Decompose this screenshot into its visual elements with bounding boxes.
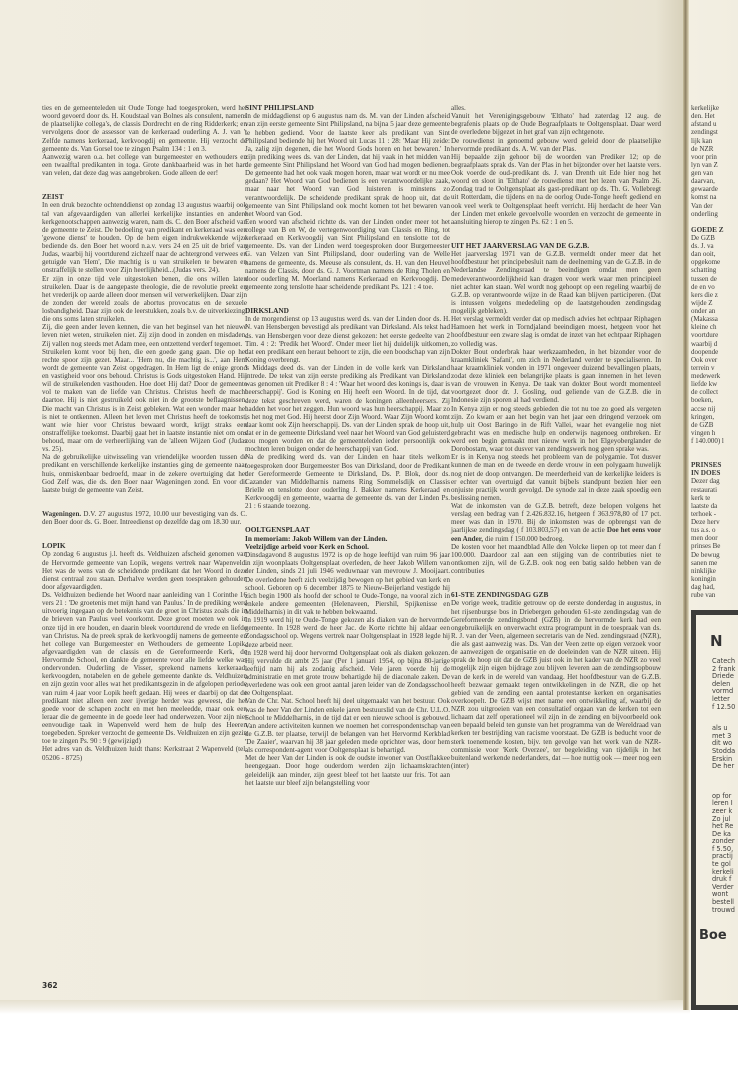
lopik-body: Op zondag 6 augustus j.l. heeft ds. Veld… — [42, 550, 247, 761]
text-line: ds. J. va — [691, 242, 738, 250]
text-line: tussen de — [691, 275, 738, 283]
text-line: kringen, — [691, 413, 738, 421]
section-heading-prinses-1: PRINSES — [691, 461, 738, 469]
text-line: (Makassa — [691, 315, 738, 323]
section-heading-dirksland: DIRKSLAND — [245, 307, 450, 315]
ad-lines-a: Catech2 frankDriededelenvormdletterf 12.… — [712, 658, 735, 711]
text-line: koningin — [691, 575, 738, 583]
text-line: zendingst — [691, 128, 738, 136]
text-line: tus a.s. o — [691, 526, 738, 534]
text-line: kerk te — [691, 494, 738, 502]
text-line: Ook over — [691, 356, 738, 364]
column-3: alles. Vanuit het Verenigingsgebouw 'Elt… — [451, 104, 661, 770]
text-line: rube van — [691, 591, 738, 599]
ad-lines-c: op forleren Izeer kZo julhet ReDe kazond… — [712, 793, 735, 915]
text-line: ninklijke — [691, 567, 738, 575]
text-line: voortdure — [691, 331, 738, 339]
wageningen-notice: Wageningen. D.V. 27 augustus 1972, 10.00… — [42, 510, 247, 526]
dirksland-body: In de morgendienst op 13 augustus werd d… — [245, 315, 450, 510]
text-line: Dezer dag — [691, 477, 738, 485]
text-line: waarbij d — [691, 340, 738, 348]
right-page-lines-b: De GZBds. J. vadan ooit,opgekomeschattin… — [691, 234, 738, 445]
section-heading-jaarverslag: UIT HET JAARVERSLAG VAN DE G.Z.B. — [451, 242, 661, 250]
ad-lines-b: als umet 3dit woStoddaErskinDe her — [712, 725, 735, 771]
right-page-lines-a: kerkelijkeden. Hetafstand uzendingstlijk… — [691, 104, 738, 218]
text-line: de collect — [691, 388, 738, 396]
right-page-column: kerkelijkeden. Hetafstand uzendingstlijk… — [691, 104, 738, 599]
text-line: liefde kw — [691, 380, 738, 388]
page-bottom-shadow — [0, 1000, 690, 1014]
text-line: kerkelijke — [691, 104, 738, 112]
section-heading-goede: GOEDE Z — [691, 226, 738, 234]
text-line: dan ooit, — [691, 250, 738, 258]
section-heading-zendingsdag: 61-STE ZENDINGSDAG GZB — [451, 591, 661, 599]
text-line: accse nij — [691, 405, 738, 413]
text-line: dag had, — [691, 583, 738, 591]
section-heading-lopik: LOPIK — [42, 542, 247, 550]
text-line: trouwd — [712, 907, 735, 915]
right-page: kerkelijkeden. Hetafstand uzendingstlijk… — [689, 0, 738, 1010]
text-line: kers die z — [691, 291, 738, 299]
text-line: den. Het — [691, 112, 738, 120]
text-line: komst na — [691, 193, 738, 201]
zendingsdag-body: De vorige week, traditie getrouw op de e… — [451, 599, 661, 770]
ooltgensplaat-subheading-arbeid: Veelzijdige arbeid voor Kerk en School. — [245, 543, 450, 551]
inkomsten-text-b: die ruim f 150.000 bedroeg. De kosten vo… — [451, 535, 661, 576]
text-line: medewerk — [691, 372, 738, 380]
text-line: lyn van Z — [691, 161, 738, 169]
text-line: De bewug — [691, 551, 738, 559]
advertisement-text: Catech2 frankDriededelenvormdletterf 12.… — [712, 658, 735, 914]
advertisement-footer: Boe — [699, 928, 727, 943]
text-line: de NZR — [691, 145, 738, 153]
right-page-lines-c: Dezer dagrestauratikerk telaatste daterh… — [691, 477, 738, 599]
ooltgensplaat-body: Dinsdagavond 8 augustus 1972 is op de ho… — [245, 551, 450, 787]
section-heading-prinses-2: IN DOES — [691, 469, 738, 477]
text-line: restaurati — [691, 486, 738, 494]
text-line: sanen me — [691, 559, 738, 567]
text-line: de GZB — [691, 421, 738, 429]
text-line: laatste da — [691, 502, 738, 510]
ooltgensplaat-continued: alles. Vanuit het Verenigingsgebouw 'Elt… — [451, 104, 661, 226]
text-line: onder an — [691, 307, 738, 315]
zeist-body: In een druk bezochte ochtenddienst op zo… — [42, 201, 247, 494]
text-line: schatting — [691, 266, 738, 274]
page-number: 362 — [42, 981, 58, 990]
text-line: doopende — [691, 348, 738, 356]
advertisement-title: N — [710, 632, 723, 650]
text-line: De GZB — [691, 234, 738, 242]
text-line: voor prin — [691, 153, 738, 161]
text-line: men door — [691, 534, 738, 542]
text-line: boeken, — [691, 396, 738, 404]
text-line: afstand u — [691, 120, 738, 128]
text-line: wijde Z — [691, 299, 738, 307]
text-line: f 140.000) l — [691, 437, 738, 445]
inkomsten-paragraph: Wat de inkomsten van de G.Z.B. betreft, … — [451, 502, 661, 575]
text-line: prinses Be — [691, 542, 738, 550]
text-line: gewaarde — [691, 185, 738, 193]
intro-paragraph: ties en de gemeenteleden uit Oude Tonge … — [42, 104, 247, 177]
section-heading-zeist: ZEIST — [42, 193, 247, 201]
text-line: lijk kan — [691, 137, 738, 145]
section-heading-sint-philipsland: SINT PHILIPSLAND — [245, 104, 450, 112]
text-line: opgekome — [691, 258, 738, 266]
text-line: terhoek - — [691, 510, 738, 518]
wageningen-lead: Wageningen. — [42, 510, 81, 518]
text-line: terrein v — [691, 364, 738, 372]
text-line: daarvan, — [691, 177, 738, 185]
text-line: f 12.50 — [712, 704, 735, 712]
left-page: ties en de gemeenteleden uit Oude Tonge … — [0, 0, 683, 1010]
text-line: Deze herv — [691, 518, 738, 526]
text-line: De her — [712, 763, 735, 771]
column-2: SINT PHILIPSLAND In de middagdienst op 6… — [245, 104, 450, 787]
column-1: ties en de gemeenteleden uit Oude Tonge … — [42, 104, 247, 762]
jaarverslag-body: Het jaarverslag 1971 van de G.Z.B. verme… — [451, 250, 661, 502]
text-line: Van der — [691, 202, 738, 210]
text-line: onderling — [691, 210, 738, 218]
text-line: kleine ch — [691, 323, 738, 331]
sint-philipsland-body: In de middagdienst op 6 augustus nam ds.… — [245, 112, 450, 291]
text-line: de en vo — [691, 283, 738, 291]
text-line: gen van — [691, 169, 738, 177]
text-line: vingen h — [691, 429, 738, 437]
